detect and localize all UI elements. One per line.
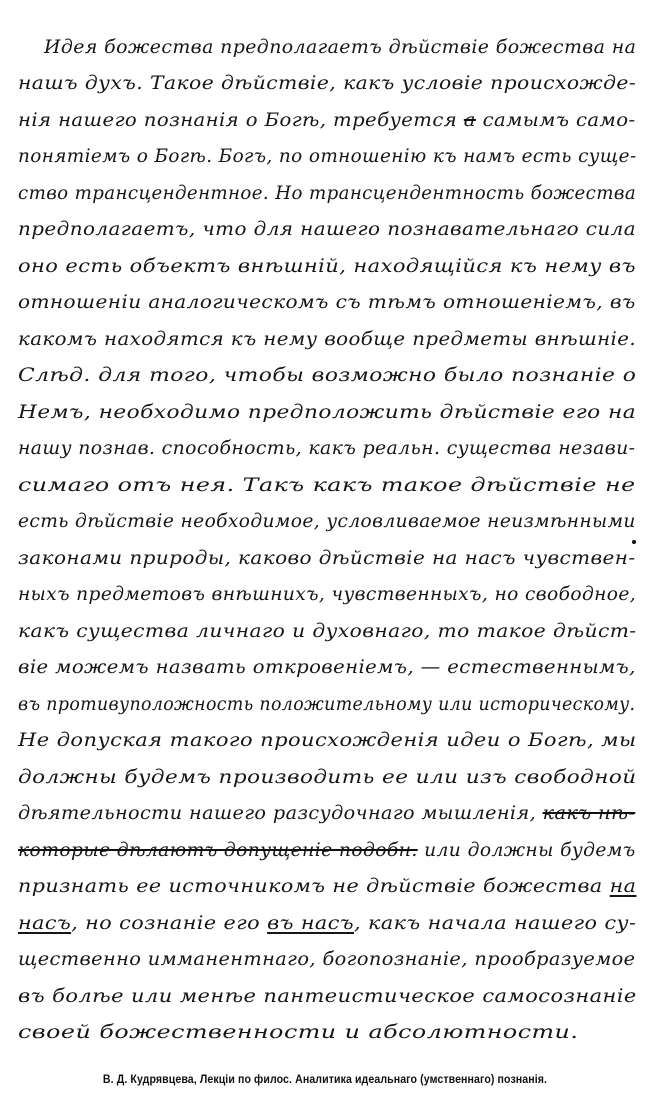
manuscript-line: какомъ находятся къ нему вообще предметы…: [18, 330, 636, 349]
page-caption: В. Д. Кудрявцева, Лекціи по филос. Анали…: [26, 1074, 624, 1086]
struck-text: какъ нѣ-: [543, 802, 636, 824]
manuscript-page: Идея божества предполагаетъ дѣйствіе бож…: [0, 0, 650, 1114]
manuscript-line: предполагаетъ, что для нашего познавател…: [18, 220, 636, 239]
manuscript-line: ство трансцендентное. Но трансцендентнос…: [18, 184, 636, 203]
struck-text: а: [464, 109, 476, 131]
ink-dot: [632, 540, 636, 544]
manuscript-line: въ противуположность положительному или …: [18, 695, 635, 714]
manuscript-line: насъ, но сознаніе его въ насъ, какъ нача…: [18, 914, 636, 933]
manuscript-line: есть дѣйствіе необходимое, условливаемое…: [18, 512, 636, 531]
manuscript-line: какъ существа личнаго и духовнаго, то та…: [18, 622, 637, 641]
manuscript-line: дѣятельности нашего разсудочнаго мышлені…: [18, 804, 635, 823]
manuscript-line: ныхъ предметовъ внѣшнихъ, чувственныхъ, …: [18, 585, 636, 604]
struck-text: которые дѣлаютъ допущеніе подобн.: [18, 839, 418, 861]
text-segment: нія нашего познанія о Богѣ, требуется: [18, 109, 464, 131]
manuscript-line: законами природы, каково дѣйствіе на нас…: [18, 549, 636, 568]
text-segment: признать ее источникомъ не дѣйствіе боже…: [18, 875, 610, 897]
text-segment: , но сознаніе его: [71, 912, 267, 934]
manuscript-line: щественно имманентнаго, богопознаніе, пр…: [18, 950, 635, 969]
underlined-text: на: [610, 875, 637, 897]
manuscript-line: Немъ, необходимо предположить дѣйствіе е…: [18, 403, 636, 422]
manuscript-line: должны будемъ производить ее или изъ сво…: [18, 768, 637, 787]
manuscript-line: своей божественности и абсолютности.: [18, 1023, 578, 1042]
manuscript-line: отношеніи аналогическомъ съ тѣмъ отношен…: [18, 293, 636, 312]
manuscript-line: оно есть объектъ внѣшній, находящійся къ…: [18, 257, 636, 276]
underlined-text: насъ: [18, 912, 71, 934]
manuscript-line: нія нашего познанія о Богѣ, требуется а …: [18, 111, 636, 130]
manuscript-line: нашъ духъ. Такое дѣйствіе, какъ условіе …: [18, 74, 636, 93]
manuscript-line: Не допуская такого происхожденія идеи о …: [18, 731, 637, 750]
manuscript-line: Идея божества предполагаетъ дѣйствіе бож…: [44, 38, 636, 57]
underlined-text: въ насъ: [267, 912, 354, 934]
manuscript-line: которые дѣлаютъ допущеніе подобн. или до…: [18, 841, 636, 860]
manuscript-line: признать ее источникомъ не дѣйствіе боже…: [18, 877, 636, 896]
text-segment: самымъ само-: [476, 109, 636, 131]
manuscript-line: понятіемъ о Богѣ. Богъ, по отношенію къ …: [18, 147, 637, 166]
manuscript-line: симаго отъ нея. Такъ какъ такое дѣйствіе…: [18, 476, 636, 495]
text-segment: , какъ начала нашего су-: [354, 912, 636, 934]
manuscript-line: Слѣд. для того, чтобы возможно было позн…: [18, 366, 636, 385]
manuscript-line: нашу познав. способность, какъ реальн. с…: [18, 439, 635, 458]
text-segment: дѣятельности нашего разсудочнаго мышлені…: [18, 802, 543, 824]
text-segment: или должны будемъ: [418, 839, 636, 861]
manuscript-line: віе можемъ назвать откровеніемъ, — естес…: [18, 658, 636, 677]
manuscript-line: въ болѣе или менѣе пантеистическое самос…: [18, 987, 637, 1006]
